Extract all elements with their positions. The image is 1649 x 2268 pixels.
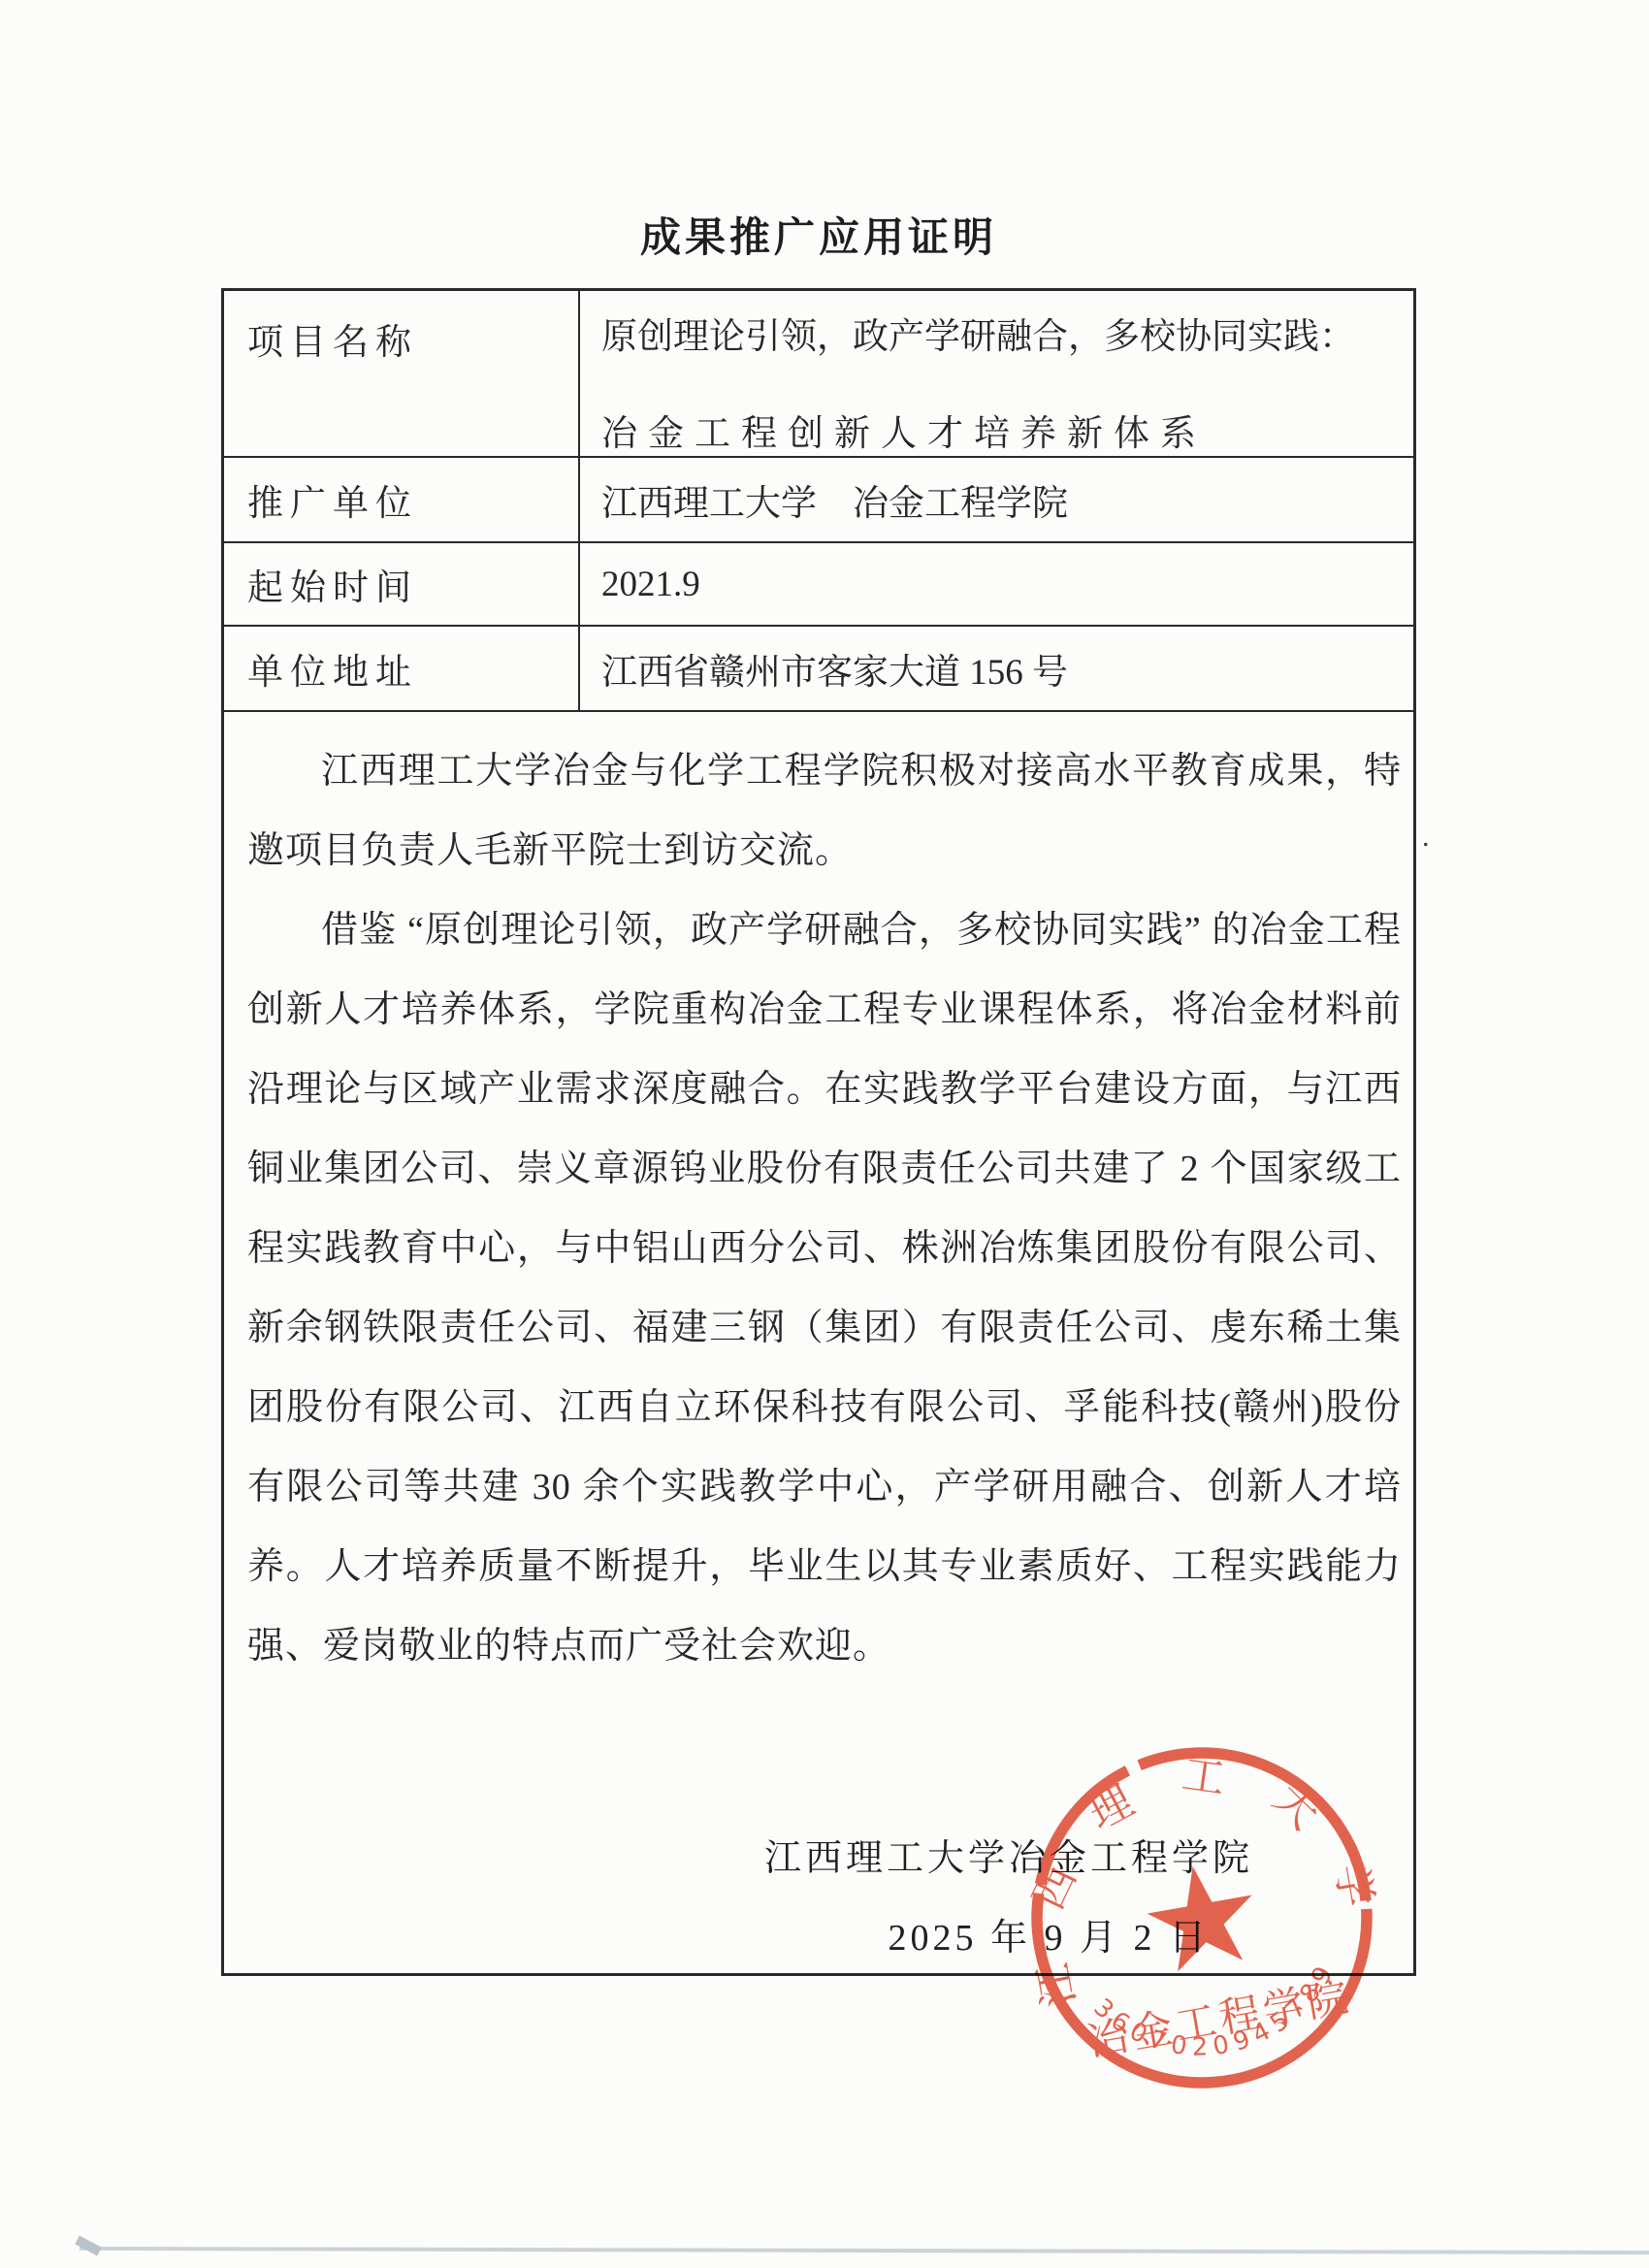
row-value-project-name: 原创理论引领，政产学研融合，多校协同实践： 冶金工程创新人才培养新体系 xyxy=(580,291,1413,456)
row-value-promotion-unit: 江西理工大学 冶金工程学院 xyxy=(580,458,1413,541)
row-value-unit-address: 江西省赣州市客家大道 156 号 xyxy=(580,627,1413,710)
scanned-certificate-page: 成果推广应用证明 项目名称 原创理论引领，政产学研融合，多校协同实践： 冶金工程… xyxy=(0,0,1649,2268)
scan-page-edge-line xyxy=(80,2247,1649,2254)
body-paragraph-1: 江西理工大学冶金与化学工程学院积极对接高水平教育成果，特邀项目负责人毛新平院士到… xyxy=(247,731,1402,891)
project-name-line2: 冶金工程创新人才培养新体系 xyxy=(601,404,1404,456)
table-row-unit-address: 单位地址 江西省赣州市客家大道 156 号 xyxy=(224,627,1413,712)
star-icon: ★ xyxy=(1126,1828,1277,2009)
table-row-start-time: 起始时间 2021.9 xyxy=(224,543,1413,627)
body-paragraph-2: 借鉴 “原创理论引领，政产学研融合，多校协同实践” 的冶金工程创新人才培养体系，… xyxy=(247,891,1402,1686)
project-name-line1: 原创理论引领，政产学研融合，多校协同实践： xyxy=(601,307,1404,359)
page-title: 成果推广应用证明 xyxy=(221,206,1416,264)
scan-page-edge-corner xyxy=(75,2235,102,2255)
row-value-start-time: 2021.9 xyxy=(580,543,1413,625)
table-row-project-name: 项目名称 原创理论引领，政产学研融合，多校协同实践： 冶金工程创新人才培养新体系 xyxy=(224,291,1413,458)
row-label-promotion-unit: 推广单位 xyxy=(224,458,580,541)
row-label-unit-address: 单位地址 xyxy=(224,627,580,710)
row-label-project-name: 项目名称 xyxy=(224,291,580,456)
table-row-promotion-unit: 推广单位 江西理工大学 冶金工程学院 xyxy=(224,458,1413,543)
official-seal-stamp: 江西理工大学 ★ 冶金工程学院 3607020945789 xyxy=(987,1703,1417,2133)
row-label-start-time: 起始时间 xyxy=(224,543,580,625)
scan-artifact-dot: . xyxy=(1422,821,1430,854)
